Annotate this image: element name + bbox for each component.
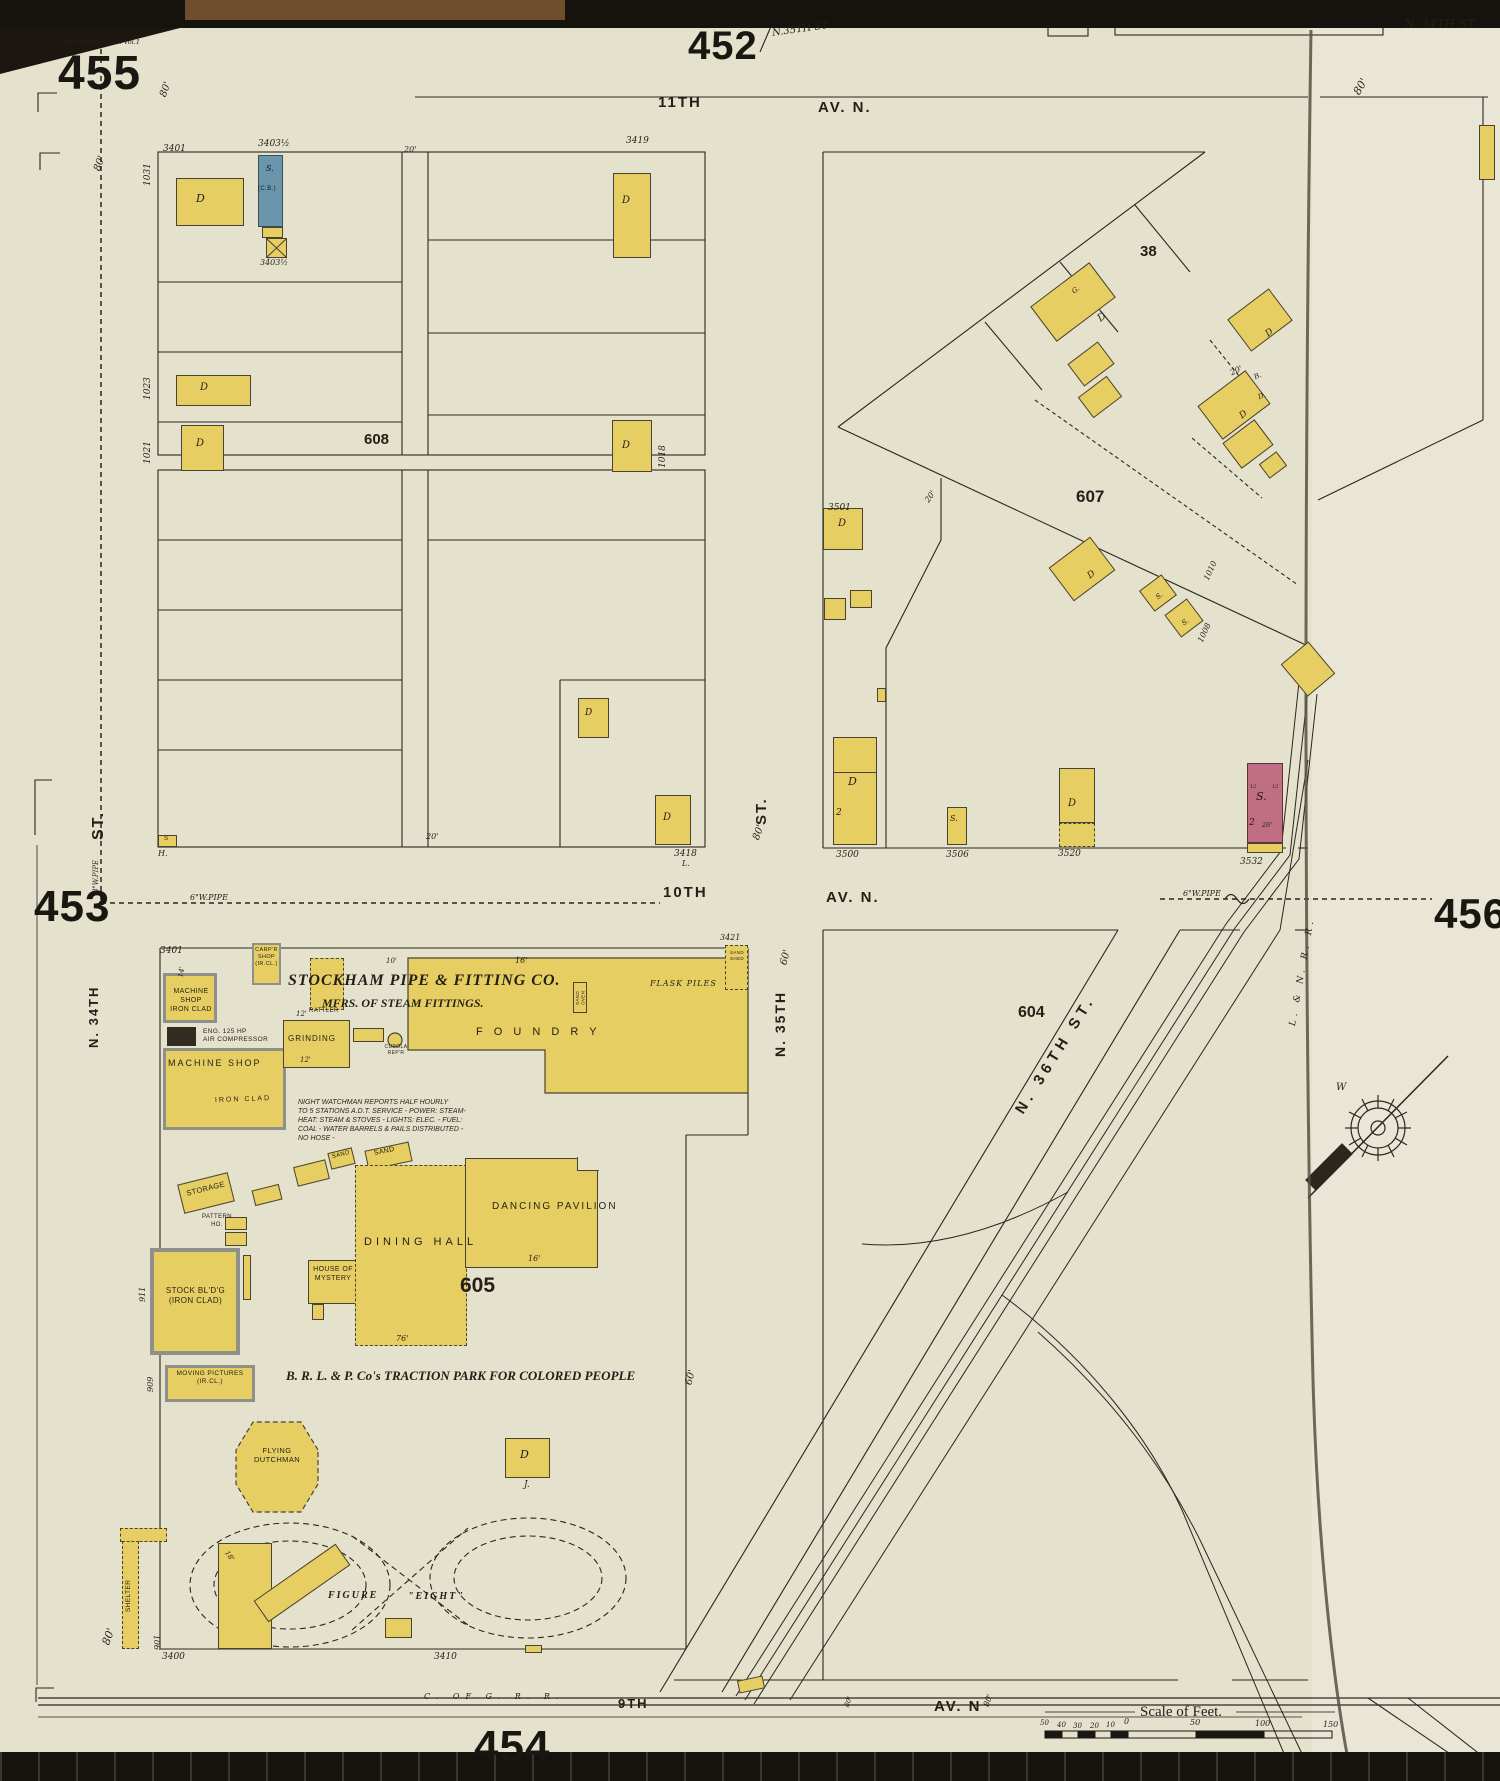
label-machine-shop: MACHINE SHOP xyxy=(168,1058,262,1069)
house-letter: H. xyxy=(158,849,168,858)
dimension: 20' xyxy=(404,145,416,154)
label-figure: FIGURE xyxy=(328,1590,378,1601)
label-dancing-pavilion: DANCING PAVILION xyxy=(492,1201,618,1214)
scale-tick: 10 xyxy=(1106,1721,1115,1729)
label-machine-shop-small: MACHINE SHOP IRON CLAD xyxy=(163,988,219,1014)
street-label-35th-st-upper: ST. xyxy=(753,783,770,825)
dimension: 12 xyxy=(1272,784,1278,790)
street-label-9th: 9TH xyxy=(618,1696,649,1711)
house-number: 3421 xyxy=(720,933,740,942)
block-number-608: 608 xyxy=(364,431,389,448)
building-shelter-top xyxy=(120,1528,167,1542)
scale-tick: 50 xyxy=(1190,1718,1200,1727)
house-number: 1018 xyxy=(658,445,668,468)
house-number: 3500 xyxy=(836,850,859,860)
dwelling-letter: D xyxy=(1068,798,1076,809)
store-letter: S. xyxy=(1256,790,1267,803)
scale-tick: 50 xyxy=(1040,1719,1049,1727)
dwelling-letter: D xyxy=(196,438,204,449)
scale-title: Scale of Feet. xyxy=(1140,1704,1222,1721)
label-pattern-house: PATTERN HO. xyxy=(200,1214,234,1229)
label-eight: "EIGHT" xyxy=(408,1591,465,1602)
house-number: 3401 xyxy=(163,144,186,154)
house-number: 3532 xyxy=(1240,857,1263,867)
building-dwelling xyxy=(612,420,652,472)
street-label-9th-avn: AV. N xyxy=(934,1698,982,1715)
house-number: 901 xyxy=(153,1635,162,1650)
label-shelter: SHELTER xyxy=(125,1556,133,1636)
building-dwelling xyxy=(655,795,691,845)
dwelling-letter: D xyxy=(585,708,592,718)
dwelling-letter: D xyxy=(663,812,671,823)
building-shed xyxy=(385,1618,412,1638)
building-store xyxy=(947,807,967,845)
house-number: 3400 xyxy=(162,1652,185,1662)
label-rattler: RATTLER xyxy=(309,1008,339,1016)
park-title: B. R. L. & P. Co's TRACTION PARK FOR COL… xyxy=(286,1368,635,1384)
pipe-label-6in-right: 6"W.PIPE xyxy=(1183,889,1221,898)
scale-tick: 40 xyxy=(1057,1721,1066,1729)
house-number: 3501 xyxy=(828,503,851,513)
house-number: 3403½ xyxy=(260,258,288,267)
dimension: 16' xyxy=(515,956,527,965)
dimension: 12' xyxy=(296,1010,307,1018)
building-dining-hall xyxy=(355,1165,467,1346)
house-number: 1031 xyxy=(143,163,153,186)
building-dwelling xyxy=(176,178,244,226)
building-interior-line xyxy=(834,772,876,773)
story-count: 2 xyxy=(1249,818,1255,828)
map-linework xyxy=(0,0,1500,1781)
house-number: 3410 xyxy=(434,1652,457,1662)
story-count: 2 xyxy=(836,808,842,818)
page-ref-456: 4564 xyxy=(1434,890,1500,938)
volume-note: Birmingham, Ala. Vol.1 xyxy=(64,38,140,46)
house-number: 3506 xyxy=(946,850,969,860)
street-label-10th-avn: AV. N. xyxy=(826,889,880,906)
label-carp-shop: CARP'R SHOP (IR.CL.) xyxy=(251,947,282,968)
building-shed xyxy=(525,1645,542,1653)
house-number: 3403½ xyxy=(258,139,290,149)
railroad-label-cofg: C. OF G. R. R. xyxy=(424,1692,564,1701)
house-number: 1023 xyxy=(143,377,153,400)
x-mark xyxy=(267,239,286,257)
label-sand-oven: SAND OVEN xyxy=(575,984,586,1012)
building-grinding-room xyxy=(283,1020,350,1068)
house-number: 3418 xyxy=(674,849,697,859)
label-flask-piles: FLASK PILES xyxy=(650,979,717,988)
building-shed xyxy=(243,1255,251,1300)
stockham-subtitle: MFRS. OF STEAM FITTINGS. xyxy=(322,996,484,1011)
building-shed-x xyxy=(266,238,287,258)
book-spine xyxy=(185,0,565,20)
dimension: 12' xyxy=(300,1056,311,1064)
label-foundry: F O U N D R Y xyxy=(476,1026,601,1040)
scale-tick: 0 xyxy=(1124,1717,1129,1726)
building-dwelling xyxy=(613,173,651,258)
building-shed xyxy=(850,590,872,608)
building-dwelling xyxy=(823,508,863,550)
block-number-38: 38 xyxy=(1140,243,1157,260)
label-stock-building: STOCK BL'D'G (IRON CLAD) xyxy=(158,1286,233,1306)
dwelling-letter: D xyxy=(520,1448,529,1461)
house-number: 3401 xyxy=(160,946,183,956)
scale-tick: 30 xyxy=(1073,1722,1082,1730)
note-night-watchman: NIGHT WATCHMAN REPORTS HALF HOURLY TO 5 … xyxy=(298,1098,466,1143)
building-store-brick xyxy=(1247,763,1283,843)
dimension: 76' xyxy=(396,1334,408,1343)
label-flying-dutchman: FLYING DUTCHMAN xyxy=(246,1446,308,1465)
building-fragment-right-page xyxy=(1479,125,1495,180)
concrete-block-note: (C.B.) xyxy=(258,186,276,194)
scale-tick: 100 xyxy=(1255,1719,1270,1728)
street-label-11th: 11TH xyxy=(658,94,702,111)
pavilion-notch xyxy=(577,1157,599,1171)
street-label-n34th-right-page: N. 34TH ST. xyxy=(1404,17,1477,31)
house-number: 909 xyxy=(146,1377,155,1392)
pipe-label-8in: 8"W.PIPE xyxy=(92,838,100,893)
building-boiler xyxy=(167,1027,196,1046)
dwelling-letter: D xyxy=(848,775,857,788)
building-appendage xyxy=(312,1304,324,1320)
store-letter: S xyxy=(164,836,168,844)
building-dwelling xyxy=(176,375,251,406)
book-page-edges xyxy=(0,1752,1500,1781)
block-number-607: 607 xyxy=(1076,487,1104,507)
outbuilding-letter: J. xyxy=(524,1480,530,1490)
street-label-n35th-lower: N. 35TH xyxy=(772,962,788,1057)
dimension: 26' xyxy=(1262,821,1272,829)
building-shed xyxy=(824,598,846,620)
building-shed xyxy=(262,227,283,238)
label-dining-hall: DINING HALL xyxy=(364,1236,477,1250)
dwelling-letter: D xyxy=(622,440,630,451)
building-porch xyxy=(1059,823,1095,847)
store-letter: S. xyxy=(266,164,274,173)
dwelling-letter: D xyxy=(196,192,205,205)
dwelling-letter: D xyxy=(622,195,630,206)
building-dwelling-2story xyxy=(833,737,877,845)
street-label-34th-st: ST. xyxy=(90,798,108,840)
house-number: 1021 xyxy=(143,441,153,464)
building-dwelling xyxy=(578,698,609,738)
block-number-604: 604 xyxy=(1018,1004,1045,1022)
street-label-n34th: N. 34TH xyxy=(86,948,101,1048)
sanborn-map-sheet: 455 Birmingham, Ala. Vol.1 452 N.35TH ST… xyxy=(0,0,1500,1781)
page-ref-454: 454 xyxy=(474,1722,550,1772)
block-number-605: 605 xyxy=(460,1274,495,1298)
building-forge xyxy=(353,1028,384,1042)
stockham-title: STOCKHAM PIPE & FITTING CO. xyxy=(288,972,561,990)
scale-tick: 150 xyxy=(1323,1720,1338,1729)
dimension: 16' xyxy=(528,1254,540,1263)
label-house-of-mystery: HOUSE OF MYSTERY xyxy=(310,1266,356,1284)
dimension: 20' xyxy=(426,832,438,841)
compass-west-letter: W xyxy=(1336,1082,1346,1093)
page-ref-452: 452 xyxy=(688,24,758,69)
label-sand-shed: SAND SHED xyxy=(726,950,748,961)
street-label-10th: 10TH xyxy=(663,884,708,901)
scale-tick: 20 xyxy=(1090,1722,1099,1730)
building-shed xyxy=(877,688,886,702)
house-number: 3520 xyxy=(1058,849,1081,859)
house-number-suffix: L. xyxy=(682,859,690,868)
building-pattern-house xyxy=(225,1232,247,1246)
label-cupola: CUPOLA REP'R xyxy=(381,1044,411,1057)
dimension: 10' xyxy=(386,957,397,965)
house-number: 3419 xyxy=(626,136,649,146)
page-ref-455: 455 xyxy=(58,46,141,101)
building-porch xyxy=(1247,843,1283,853)
street-label-11th-avn: AV. N. xyxy=(818,99,872,116)
label-engine: ENG. 125 HP AIR COMPRESSOR xyxy=(203,1028,273,1044)
pipe-label-6in-left: 6"W.PIPE xyxy=(190,893,228,902)
store-letter: S. xyxy=(950,814,958,823)
label-grinding: GRINDING xyxy=(288,1034,336,1044)
dwelling-letter: D xyxy=(838,518,846,529)
label-moving-pictures: MOVING PICTURES (IR.CL.) xyxy=(168,1370,252,1386)
building-dwelling xyxy=(1059,768,1095,823)
house-number: 911 xyxy=(138,1287,147,1302)
dwelling-letter: D xyxy=(200,382,208,393)
